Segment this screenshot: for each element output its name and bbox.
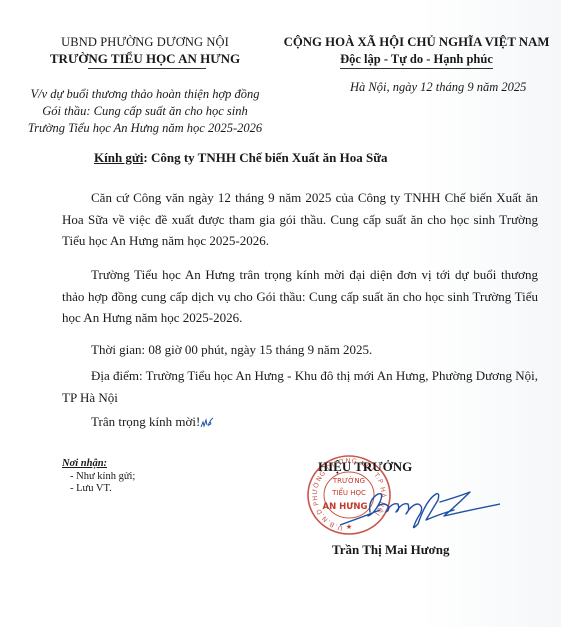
national-motto: Độc lập - Tự do - Hạnh phúc [340,51,493,69]
school-name: TRƯỜNG TIỂU HỌC AN HƯNG [20,50,270,67]
header-divider [88,68,206,69]
meeting-location: Địa điểm: Trường Tiểu học An Hưng - Khu … [62,365,538,408]
initials-mark-icon [200,416,214,428]
signer-name: Trần Thị Mai Hương [332,542,449,558]
document-subject: V/v dự buổi thương thảo hoàn thiện hợp đ… [10,86,280,137]
recipients-block: Nơi nhận: - Như kính gửi; - Lưu VT. [62,458,135,496]
authority-name: UBND PHƯỜNG DƯƠNG NỘI [20,34,270,50]
subject-line-2: Gói thầu: Cung cấp suất ăn cho học sinh [10,103,280,120]
issuing-authority-header: UBND PHƯỜNG DƯƠNG NỘI TRƯỜNG TIỂU HỌC AN… [20,34,270,69]
recipient-item: - Như kính gửi; [62,471,135,484]
meeting-time: Thời gian: 08 giờ 00 phút, ngày 15 tháng… [62,339,538,361]
recipient-label: Kính gửi [94,150,143,165]
signatory-title: HIỆU TRƯỞNG [318,459,412,475]
body-paragraph-1: Căn cứ Công văn ngày 12 tháng 9 năm 2025… [62,187,538,252]
body-paragraph-2: Trường Tiểu học An Hưng trân trọng kính … [62,264,538,329]
recipient-item: - Lưu VT. [62,483,135,496]
recipient-name: Công ty TNHH Chế biến Xuất ăn Hoa Sữa [148,150,388,165]
document-date: Hà Nội, ngày 12 tháng 9 năm 2025 [350,80,550,95]
recipients-title: Nơi nhận: [62,458,135,471]
national-header: CỘNG HOÀ XÃ HỘI CHỦ NGHĨA VIỆT NAM Độc l… [272,34,561,69]
handwritten-signature [340,480,500,530]
recipient-line: Kính gửi: Công ty TNHH Chế biến Xuất ăn … [94,150,388,166]
closing-line: Trân trọng kính mời! [62,411,538,433]
closing-text: Trân trọng kính mời! [91,414,200,429]
subject-line-3: Trường Tiểu học An Hưng năm học 2025-202… [10,120,280,137]
subject-line-1: V/v dự buổi thương thảo hoàn thiện hợp đ… [10,86,280,103]
republic-title: CỘNG HOÀ XÃ HỘI CHỦ NGHĨA VIỆT NAM [272,34,561,50]
